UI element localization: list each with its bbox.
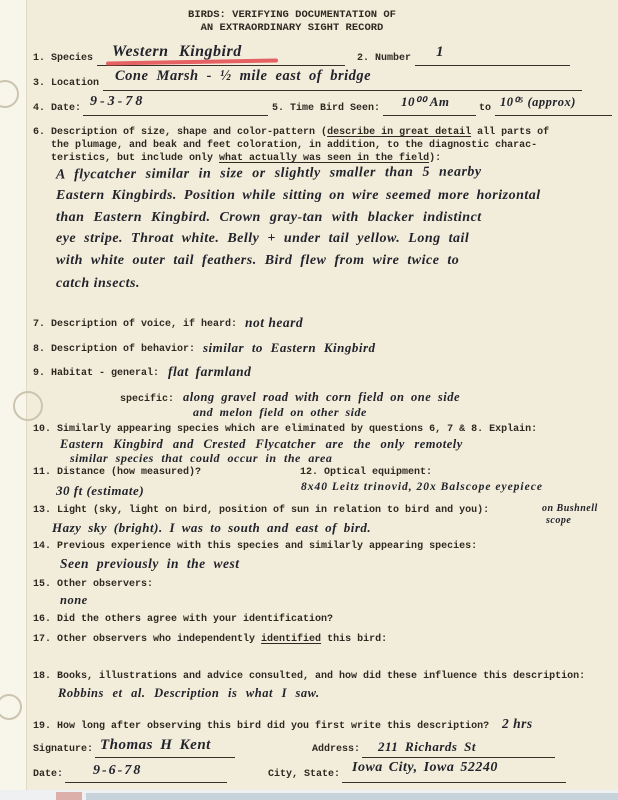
q1-value: Western Kingbird — [112, 43, 242, 61]
form-title-line1: BIRDS: VERIFYING DOCUMENTATION OF — [0, 9, 584, 22]
q18-label: 18. Books, illustrations and advice cons… — [33, 670, 585, 683]
q11-label: 11. Distance (how measured)? — [33, 466, 201, 479]
q6-line1-underlined: describe in great detail — [327, 127, 471, 138]
q15-value: none — [60, 593, 88, 608]
q9-specific-value-line1: along gravel road with corn field on one… — [183, 390, 460, 405]
q13-label: 13. Light (sky, light on bird, position … — [33, 504, 489, 517]
q17-label-underlined: identified — [261, 634, 321, 645]
q6-label-line1: 6. Description of size, shape and color-… — [33, 126, 549, 139]
q9-specific-label: specific: — [120, 393, 174, 406]
city-state-value: Iowa City, Iowa 52240 — [352, 760, 498, 776]
q19-label: 19. How long after observing this bird d… — [33, 720, 489, 733]
q14-label: 14. Previous experience with this specie… — [33, 540, 477, 553]
q19-value: 2 hrs — [502, 716, 533, 732]
q6-label-line3: teristics, but include only what actuall… — [51, 152, 441, 165]
q17-label-post: this bird: — [321, 634, 387, 645]
q12-value-cont2: scope — [546, 515, 571, 526]
q3-underline — [103, 90, 582, 91]
q4-label: 4. Date: — [33, 102, 81, 115]
q6-line1-pre: 6. Description of size, shape and color-… — [33, 127, 327, 138]
q17-label: 17. Other observers who independently id… — [33, 633, 387, 646]
q6-answer-line-5: with white outer tail feathers. Bird fle… — [56, 253, 459, 269]
city-state-underline — [342, 782, 566, 783]
q6-line3-underlined: what actually was seen in the field — [219, 153, 429, 164]
scanned-sight-record-form: BIRDS: VERIFYING DOCUMENTATION OF AN EXT… — [0, 0, 618, 800]
q6-answer-line-4: eye stripe. Throat white. Belly + under … — [56, 231, 469, 247]
date-underline — [65, 782, 227, 783]
address-label: Address: — [312, 743, 360, 756]
q5-label: 5. Time Bird Seen: — [272, 102, 380, 115]
q7-label: 7. Description of voice, if heard: — [33, 318, 237, 331]
scan-bottom-blue-edge — [86, 793, 618, 800]
address-underline — [362, 757, 555, 758]
q1-underline — [97, 65, 345, 66]
q4-value: 9-3-78 — [90, 94, 145, 110]
q6-label-line2: the plumage, and beak and feet coloratio… — [51, 139, 537, 152]
q6-line3-post: ): — [429, 153, 441, 164]
q6-answer-line-2: Eastern Kingbirds. Position while sittin… — [56, 188, 541, 204]
date-label: Date: — [33, 768, 63, 781]
q5-from-value: 10⁰⁰ Am — [401, 94, 449, 110]
q9-specific-value-line2: and melon field on other side — [193, 405, 367, 420]
q11-value: 30 ft (estimate) — [56, 483, 144, 499]
scan-bottom-pink-mark — [56, 792, 82, 800]
q3-label: 3. Location — [33, 77, 99, 90]
q12-label: 12. Optical equipment: — [300, 466, 432, 479]
q13-value: Hazy sky (bright). I was to south and ea… — [52, 520, 371, 536]
q14-value: Seen previously in the west — [60, 556, 240, 572]
q5-to-label: to — [479, 102, 491, 115]
q8-value: similar to Eastern Kingbird — [203, 340, 376, 356]
q5-underline-from — [383, 115, 476, 116]
q17-label-pre: 17. Other observers who independently — [33, 634, 261, 645]
q2-underline — [415, 65, 570, 66]
q6-line1-post: all parts of — [471, 127, 549, 138]
signature-value: Thomas H Kent — [100, 737, 211, 754]
q12-value: 8x40 Leitz trinovid, 20x Balscope eyepie… — [301, 481, 543, 493]
q5-to-value: 10⁰⁵ (approx) — [500, 94, 576, 110]
signature-underline — [95, 757, 235, 758]
q16-label: 16. Did the others agree with your ident… — [33, 613, 333, 626]
signature-label: Signature: — [33, 743, 93, 756]
city-state-label: City, State: — [268, 768, 340, 781]
q9-value: flat farmland — [168, 364, 251, 380]
q9-label: 9. Habitat - general: — [33, 367, 159, 380]
q18-value: Robbins et al. Description is what I saw… — [58, 686, 320, 701]
q3-value: Cone Marsh - ½ mile east of bridge — [115, 68, 371, 85]
q10-answer-line1: Eastern Kingbird and Crested Flycatcher … — [60, 437, 463, 452]
q1-label: 1. Species — [33, 52, 93, 65]
q6-answer-line-1: A flycatcher similar in size or slightly… — [56, 165, 482, 184]
q6-answer-line-3: than Eastern Kingbird. Crown gray-tan wi… — [56, 210, 482, 226]
q10-label: 10. Similarly appearing species which ar… — [33, 423, 537, 436]
q8-label: 8. Description of behavior: — [33, 343, 195, 356]
q15-label: 15. Other observers: — [33, 578, 153, 591]
q7-value: not heard — [245, 315, 303, 331]
form-title-line2: AN EXTRAORDINARY SIGHT RECORD — [0, 22, 584, 35]
q6-line3-pre: teristics, but include only — [51, 153, 219, 164]
q12-value-cont1: on Bushnell — [542, 503, 598, 514]
date-value: 9-6-78 — [93, 763, 142, 779]
hole-punch-middle — [13, 391, 43, 421]
q10-answer-line2: similar species that could occur in the … — [70, 451, 332, 466]
q2-value: 1 — [436, 44, 444, 61]
q4-underline — [83, 115, 268, 116]
q6-answer-line-6: catch insects. — [56, 276, 140, 292]
address-value: 211 Richards St — [378, 739, 476, 755]
q5-underline-to — [495, 115, 612, 116]
q2-label: 2. Number — [357, 52, 411, 65]
